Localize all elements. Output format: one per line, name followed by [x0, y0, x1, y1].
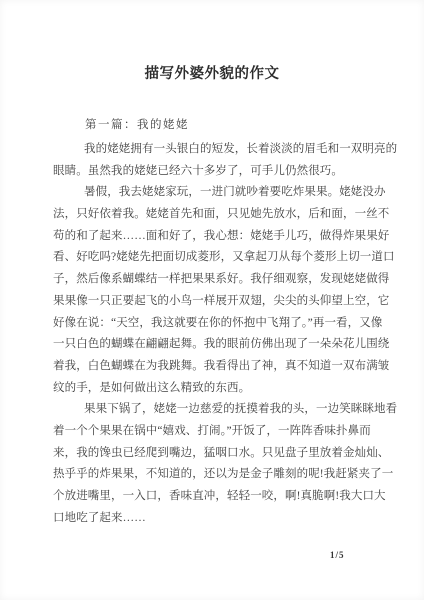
- text-line: 苟的和了起来……面和好了，我心想：姥姥手儿巧，做得炸果果好: [53, 226, 393, 248]
- text-line: 我的姥姥拥有一头银白的短发，长着淡淡的眉毛和一双明亮的: [53, 139, 393, 161]
- document-page: 描写外婆外貌的作文 第一篇：我的姥姥 我的姥姥拥有一头银白的短发，长着淡淡的眉毛…: [0, 0, 424, 600]
- document-title: 描写外婆外貌的作文: [0, 62, 424, 83]
- text-line: 个放进嘴里，一入口，香味直冲，轻轻一咬，啊!真脆啊!我大口大: [53, 486, 393, 508]
- text-line: 果果下锅了，姥姥一边慈爱的抚摸着我的头，一边笑眯眯地看: [53, 399, 393, 421]
- text-line: 着我，白色蝴蝶在为我跳舞。我看得出了神，真不知道一双布满皱: [53, 356, 393, 378]
- section-heading: 第一篇：我的姥姥: [85, 116, 189, 132]
- text-line: 一只白色的蝴蝶在翩翩起舞。我的眼前仿佛出现了一朵朵花儿围绕: [53, 334, 393, 356]
- text-line: 法，只好依着我。姥姥首先和面，只见她先放水，后和面，一丝不: [53, 204, 393, 226]
- page-number-indicator: 1/5: [330, 550, 345, 560]
- text-line: 好像在说：“天空，我这就要在你的怀抱中飞翔了。”再一看，又像: [53, 313, 393, 335]
- essay-body: 我的姥姥拥有一头银白的短发，长着淡淡的眉毛和一双明亮的眼睛。虽然我的姥姥已经六十…: [53, 139, 393, 529]
- text-line: 眼睛。虽然我的姥姥已经六十多岁了，可手儿仍然很巧。: [53, 161, 393, 183]
- text-line: 暑假，我去姥姥家玩，一进门就吵着要吃炸果果。姥姥没办: [53, 182, 393, 204]
- text-line: 看、好吃吗?姥姥先把面切成菱形，又拿起刀从每个菱形上切一道口: [53, 247, 393, 269]
- text-line: 口地吃了起来……: [53, 508, 393, 530]
- text-line: 果果像一只正要起飞的小鸟一样展开双翅，尖尖的头仰望上空，它: [53, 291, 393, 313]
- text-line: 着一个个果果在锅中“嬉戏、打闹。”开饭了，一阵阵香味扑鼻而: [53, 421, 393, 443]
- text-line: 子，然后像系蝴蝶结一样把果果系好。我仔细观察，发现姥姥做得: [53, 269, 393, 291]
- text-line: 来，我的馋虫已经爬到嘴边，猛咽口水。只见盘子里放着金灿灿、: [53, 443, 393, 465]
- text-line: 热乎乎的炸果果，不知道的，还以为是金子雕刻的呢!我赶紧夹了一: [53, 464, 393, 486]
- text-line: 纹的手，是如何做出这么精致的东西。: [53, 378, 393, 400]
